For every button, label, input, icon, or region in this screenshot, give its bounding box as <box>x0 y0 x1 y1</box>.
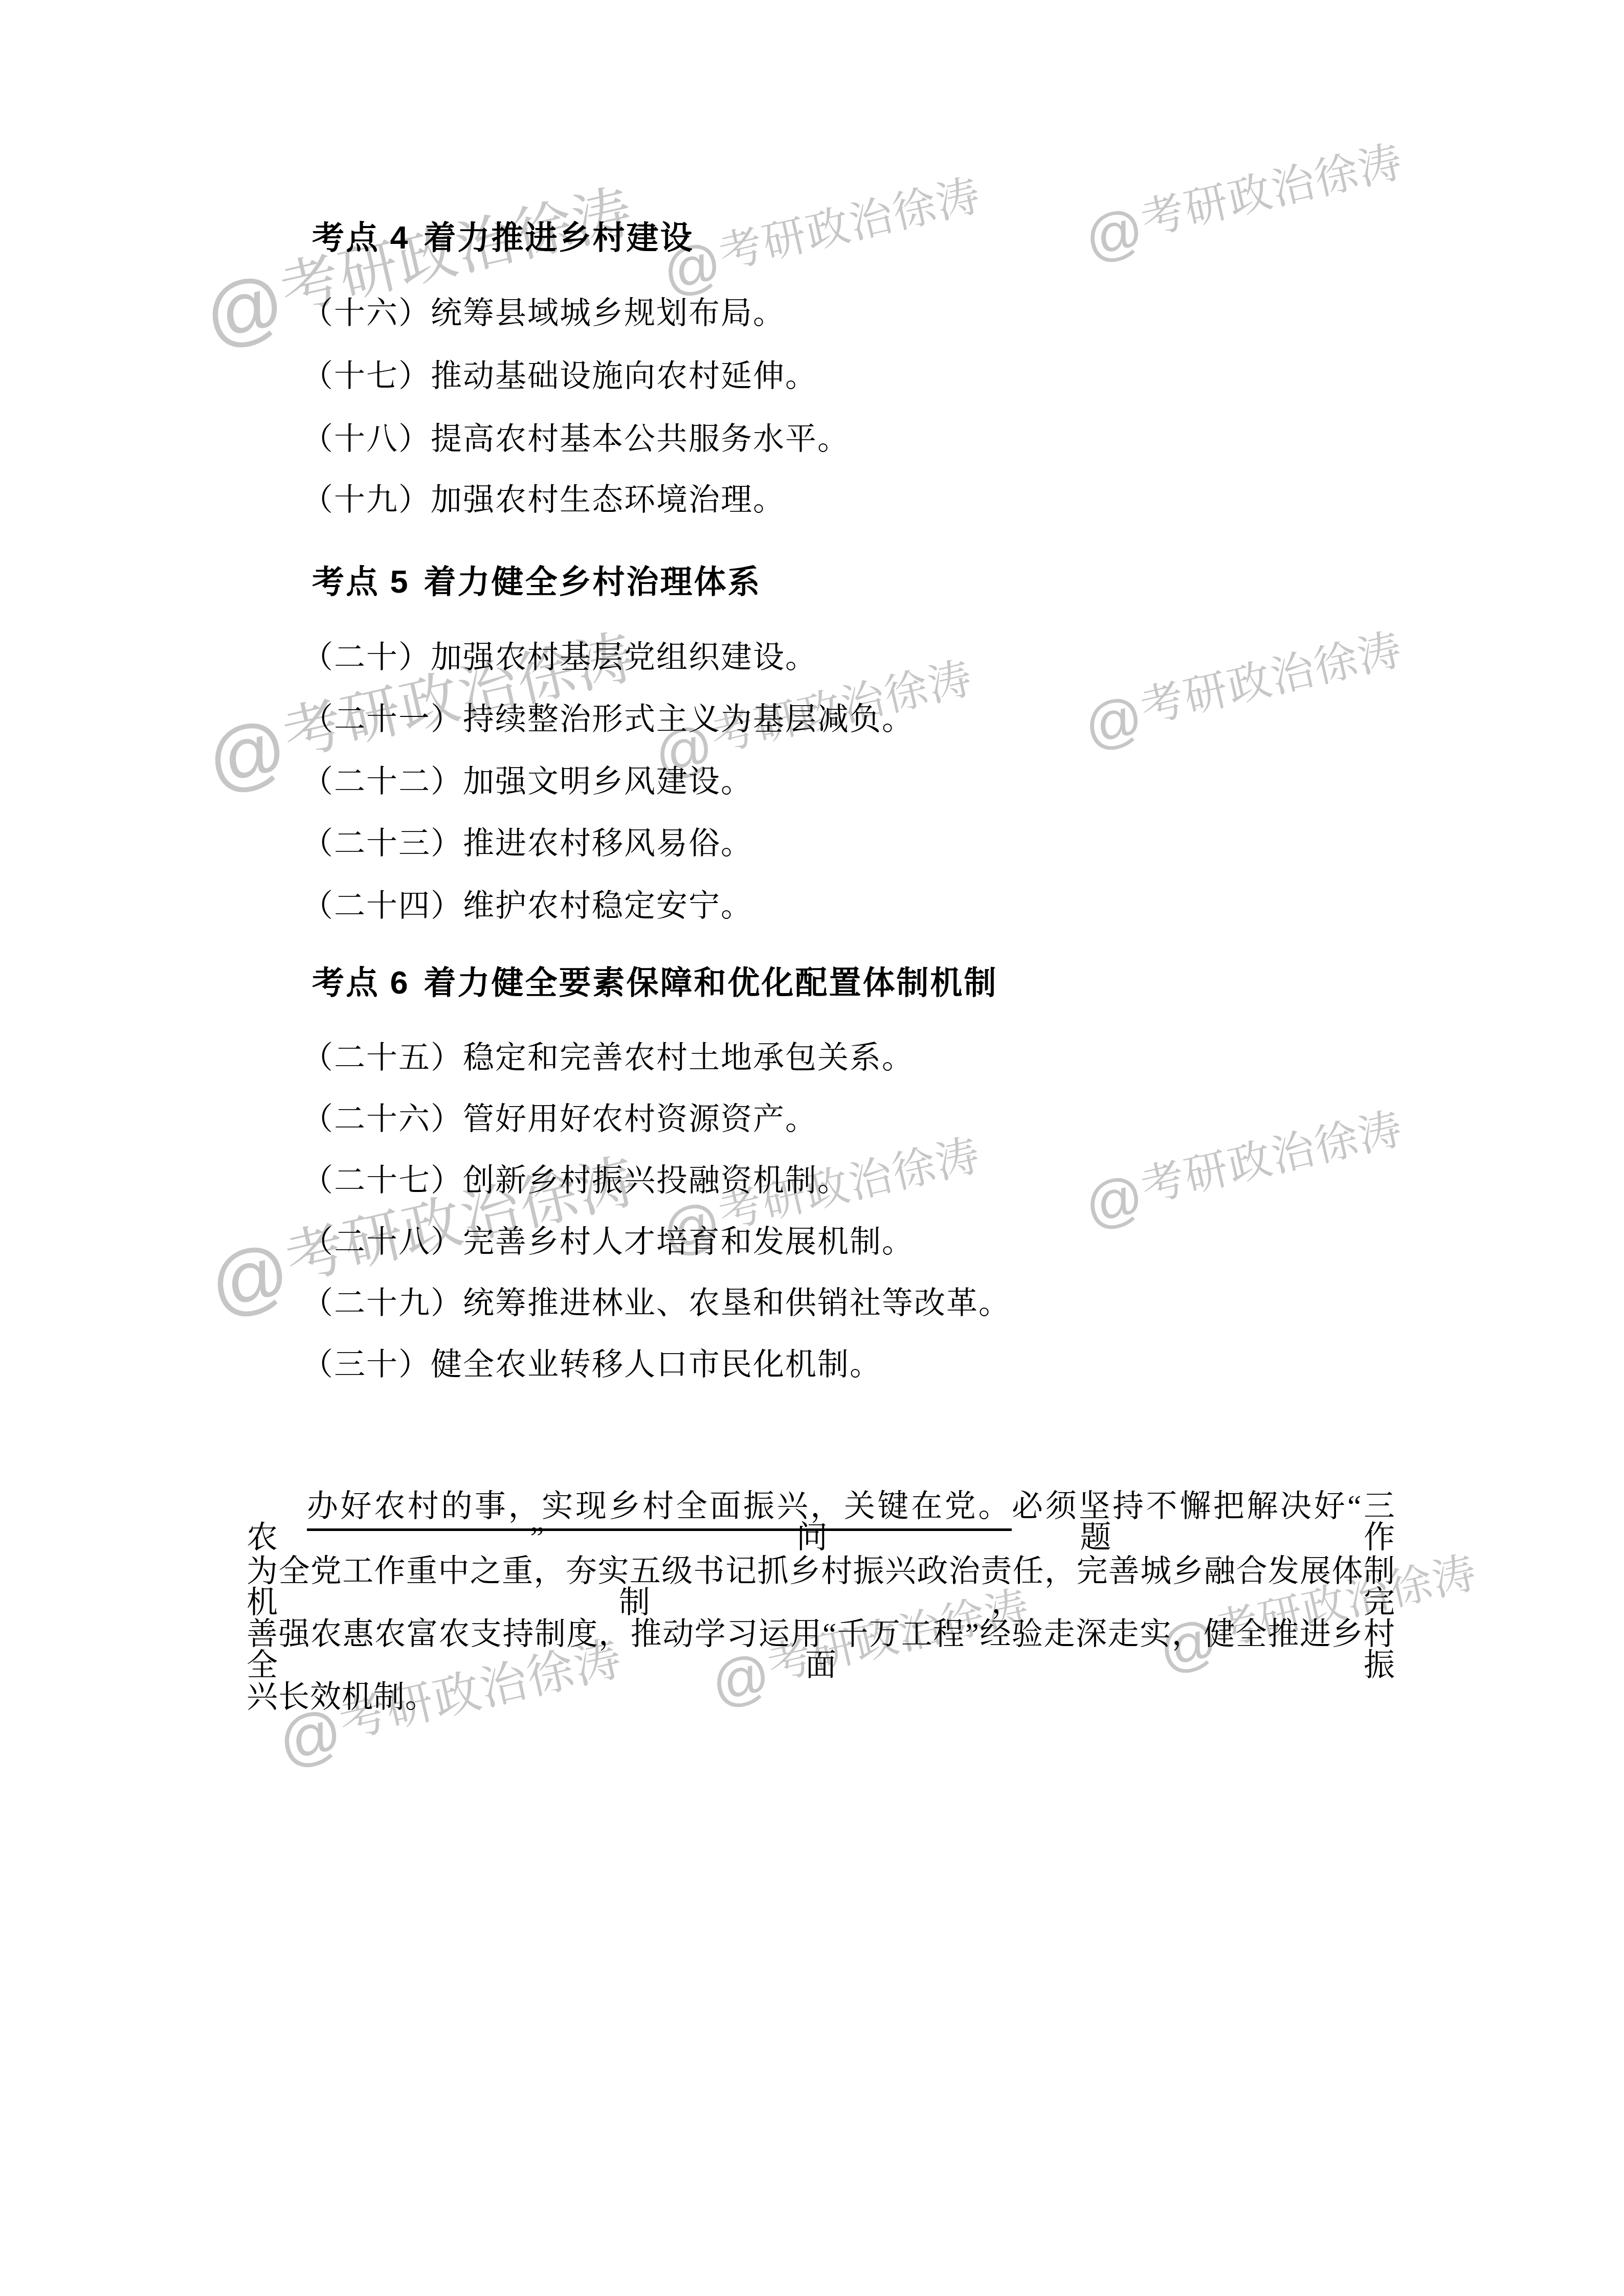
list-item: （二十）加强农村基层党组织建设。 <box>302 642 817 673</box>
list-item: （三十）健全农业转移人口市民化机制。 <box>302 1349 882 1381</box>
list-item: （二十四）维护农村稳定安宁。 <box>302 891 753 922</box>
list-item: （二十二）加强文明乡风建设。 <box>302 767 753 798</box>
kaodian-label: 考点 6 <box>312 965 410 1001</box>
watermark: @考研政治徐涛 <box>1079 626 1410 756</box>
section-heading-kaodian-5: 考点 5着力健全乡村治理体系 <box>312 566 762 598</box>
kaodian-label: 考点 5 <box>312 564 410 600</box>
list-item: （二十一）持续整治形式主义为基层减负。 <box>302 704 914 735</box>
list-item: （十九）加强农村生态环境治理。 <box>302 485 785 516</box>
kaodian-label: 考点 4 <box>312 220 410 256</box>
list-item: （十六）统筹县域城乡规划布局。 <box>302 298 785 329</box>
list-item: （二十三）推进农村移风易俗。 <box>302 828 753 860</box>
watermark-text: 考研政治徐涛 <box>1137 137 1408 244</box>
section-heading-kaodian-4: 考点 4着力推进乡村建设 <box>312 222 694 254</box>
paragraph-line: 办好农村的事，实现乡村全面振兴，关键在党。必须坚持不懈把解决好“三农”问题作 <box>247 1491 1395 1554</box>
heading-title: 着力健全要素保障和优化配置体制机制 <box>424 965 998 1001</box>
watermark: @考研政治徐涛 <box>1079 1106 1410 1235</box>
heading-title: 着力推进乡村建设 <box>424 220 694 256</box>
list-item: （二十六）管好用好农村资源资产。 <box>302 1104 817 1135</box>
watermark: @考研政治徐涛 <box>657 172 988 302</box>
list-item: （十七）推动基础设施向农村延伸。 <box>302 361 817 392</box>
watermark-text: 考研政治徐涛 <box>1136 625 1407 732</box>
list-item: （二十七）创新乡村振兴投融资机制。 <box>302 1165 850 1197</box>
heading-title: 着力健全乡村治理体系 <box>424 564 762 600</box>
watermark: @考研政治徐涛 <box>1079 139 1410 268</box>
paragraph-line: 兴长效机制。 <box>247 1682 437 1713</box>
section-heading-kaodian-6: 考点 6着力健全要素保障和优化配置体制机制 <box>312 967 998 999</box>
list-item: （二十五）稳定和完善农村土地承包关系。 <box>302 1043 914 1074</box>
watermark-text: 考研政治徐涛 <box>1137 1104 1408 1211</box>
paragraph-line: 善强农惠农富农支持制度，推动学习运用“千万工程”经验走深走实，健全推进乡村全面振 <box>247 1619 1395 1681</box>
list-item: （二十九）统筹推进林业、农垦和供销社等改革。 <box>302 1288 1011 1319</box>
watermark-text: 考研政治徐涛 <box>715 171 986 278</box>
list-item: （二十八）完善乡村人才培育和发展机制。 <box>302 1227 914 1258</box>
document-page: @考研政治徐涛 @考研政治徐涛 @考研政治徐涛 @考研政治徐涛 @考研政治徐涛 … <box>0 0 1624 2296</box>
paragraph-line: 为全党工作重中之重，夯实五级书记抓乡村振兴政治责任，完善城乡融合发展体制机制，完 <box>247 1556 1395 1618</box>
list-item: （十八）提高农村基本公共服务水平。 <box>302 424 850 455</box>
